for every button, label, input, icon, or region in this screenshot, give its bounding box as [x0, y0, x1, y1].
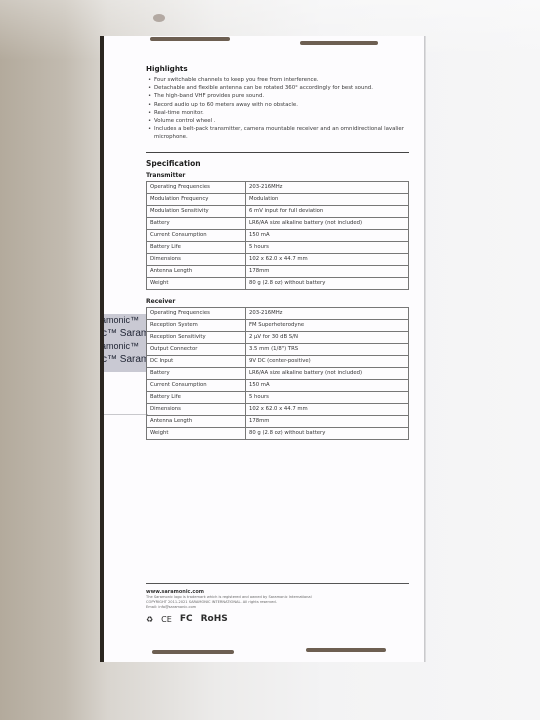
- specification-title: Specification: [146, 159, 412, 168]
- spec-value: Modulation: [246, 193, 409, 205]
- spec-label: Battery Life: [147, 391, 246, 403]
- highlight-item: Detachable and flexible antenna can be r…: [148, 84, 412, 92]
- spec-row: Reception Sensitivity2 µV for 30 dB S/N: [147, 331, 409, 343]
- spec-label: Battery Life: [147, 241, 246, 253]
- sticker-line: c™ Saram: [104, 327, 144, 340]
- spec-label: DC Input: [147, 355, 246, 367]
- fcc-mark-icon: FC: [180, 614, 193, 624]
- spec-value: 203-216MHz: [246, 307, 409, 319]
- receiver-spec-table: Operating Frequencies203-216MHzReception…: [146, 307, 409, 440]
- weee-icon: ♻: [146, 615, 153, 624]
- spec-value: LR6/AA size alkaline battery (not includ…: [246, 367, 409, 379]
- spec-label: Antenna Length: [147, 415, 246, 427]
- spec-value: 102 x 62.0 x 44.7 mm: [246, 403, 409, 415]
- spec-row: Output Connector3.5 mm (1/8") TRS: [147, 343, 409, 355]
- spec-value: 150 mA: [246, 229, 409, 241]
- ce-mark-icon: CE: [161, 615, 172, 624]
- spec-row: Dimensions102 x 62.0 x 44.7 mm: [147, 253, 409, 265]
- spec-row: Dimensions102 x 62.0 x 44.7 mm: [147, 403, 409, 415]
- spec-row: Reception SystemFM Superheterodyne: [147, 319, 409, 331]
- spec-label: Current Consumption: [147, 229, 246, 241]
- spec-label: Operating Frequencies: [147, 307, 246, 319]
- brand-sticker: ramonic™ c™ Saram ramonic™ c™ Saram: [104, 314, 146, 372]
- spec-label: Current Consumption: [147, 379, 246, 391]
- spec-label: Antenna Length: [147, 265, 246, 277]
- spec-value: 5 hours: [246, 391, 409, 403]
- spec-label: Output Connector: [147, 343, 246, 355]
- spec-value: 102 x 62.0 x 44.7 mm: [246, 253, 409, 265]
- spec-label: Reception Sensitivity: [147, 331, 246, 343]
- surface-mark: [153, 14, 165, 22]
- transmitter-spec-table: Operating Frequencies203-216MHzModulatio…: [146, 181, 409, 290]
- highlight-item: Record audio up to 60 meters away with n…: [148, 101, 412, 109]
- sticker-line: ramonic™: [104, 340, 140, 353]
- spec-row: Modulation Sensitivity6 mV input for ful…: [147, 205, 409, 217]
- highlight-item: Includes a belt-pack transmitter, camera…: [148, 125, 412, 141]
- highlight-item: Real-time monitor.: [148, 109, 412, 117]
- receiver-title: Receiver: [146, 298, 412, 305]
- spec-row: Operating Frequencies203-216MHz: [147, 307, 409, 319]
- spec-value: 3.5 mm (1/8") TRS: [246, 343, 409, 355]
- spec-row: Current Consumption150 mA: [147, 229, 409, 241]
- spec-label: Dimensions: [147, 253, 246, 265]
- spec-label: Operating Frequencies: [147, 181, 246, 193]
- box-print-content: Highlights Four switchable channels to k…: [146, 64, 412, 440]
- spec-label: Weight: [147, 277, 246, 289]
- spec-value: 80 g (2.8 oz) without battery: [246, 427, 409, 439]
- box-seam: [104, 414, 148, 415]
- spec-value: FM Superheterodyne: [246, 319, 409, 331]
- spec-row: DC Input9V DC (center-positive): [147, 355, 409, 367]
- highlight-item: Volume control wheel .: [148, 117, 412, 125]
- box-tab-top-left: [150, 37, 230, 41]
- spec-value: 5 hours: [246, 241, 409, 253]
- highlight-item: The high-band VHF provides pure sound.: [148, 92, 412, 100]
- box-tab-bottom-left: [152, 650, 234, 654]
- box-tab-bottom-right: [306, 648, 386, 652]
- spec-label: Modulation Sensitivity: [147, 205, 246, 217]
- spec-value: 178mm: [246, 265, 409, 277]
- spec-row: Operating Frequencies203-216MHz: [147, 181, 409, 193]
- spec-value: 9V DC (center-positive): [246, 355, 409, 367]
- spec-row: BatteryLR6/AA size alkaline battery (not…: [147, 367, 409, 379]
- spec-row: Weight80 g (2.8 oz) without battery: [147, 427, 409, 439]
- spec-row: Antenna Length178mm: [147, 415, 409, 427]
- spec-row: Battery Life5 hours: [147, 241, 409, 253]
- highlights-list: Four switchable channels to keep you fre…: [146, 76, 412, 142]
- box-footer: www.saramonic.com The Saramonic logo is …: [146, 583, 412, 624]
- spec-value: 203-216MHz: [246, 181, 409, 193]
- fine-print-line: Email: info@saramonic.com: [146, 605, 412, 610]
- rohs-mark-icon: RoHS: [201, 614, 228, 624]
- spec-value: 178mm: [246, 415, 409, 427]
- spec-row: Battery Life5 hours: [147, 391, 409, 403]
- spec-row: Antenna Length178mm: [147, 265, 409, 277]
- footer-divider: [146, 583, 409, 584]
- sticker-line: ramonic™: [104, 314, 140, 327]
- transmitter-title: Transmitter: [146, 172, 412, 179]
- fine-print: The Saramonic logo is trademark which is…: [146, 595, 412, 610]
- spec-label: Reception System: [147, 319, 246, 331]
- spec-row: Weight80 g (2.8 oz) without battery: [147, 277, 409, 289]
- spec-label: Battery: [147, 217, 246, 229]
- spec-label: Weight: [147, 427, 246, 439]
- spec-value: 2 µV for 30 dB S/N: [246, 331, 409, 343]
- certification-marks: ♻ CE FC RoHS: [146, 614, 412, 624]
- spec-label: Dimensions: [147, 403, 246, 415]
- highlights-title: Highlights: [146, 64, 412, 73]
- spec-value: 6 mV input for full deviation: [246, 205, 409, 217]
- spec-row: BatteryLR6/AA size alkaline battery (not…: [147, 217, 409, 229]
- sticker-line: c™ Saram: [104, 353, 144, 366]
- spec-row: Current Consumption150 mA: [147, 379, 409, 391]
- spec-label: Battery: [147, 367, 246, 379]
- section-divider: [146, 152, 409, 153]
- box-tab-top-right: [300, 41, 378, 45]
- spec-value: 80 g (2.8 oz) without battery: [246, 277, 409, 289]
- highlight-item: Four switchable channels to keep you fre…: [148, 76, 412, 84]
- spec-value: 150 mA: [246, 379, 409, 391]
- spec-row: Modulation FrequencyModulation: [147, 193, 409, 205]
- spec-value: LR6/AA size alkaline battery (not includ…: [246, 217, 409, 229]
- spec-label: Modulation Frequency: [147, 193, 246, 205]
